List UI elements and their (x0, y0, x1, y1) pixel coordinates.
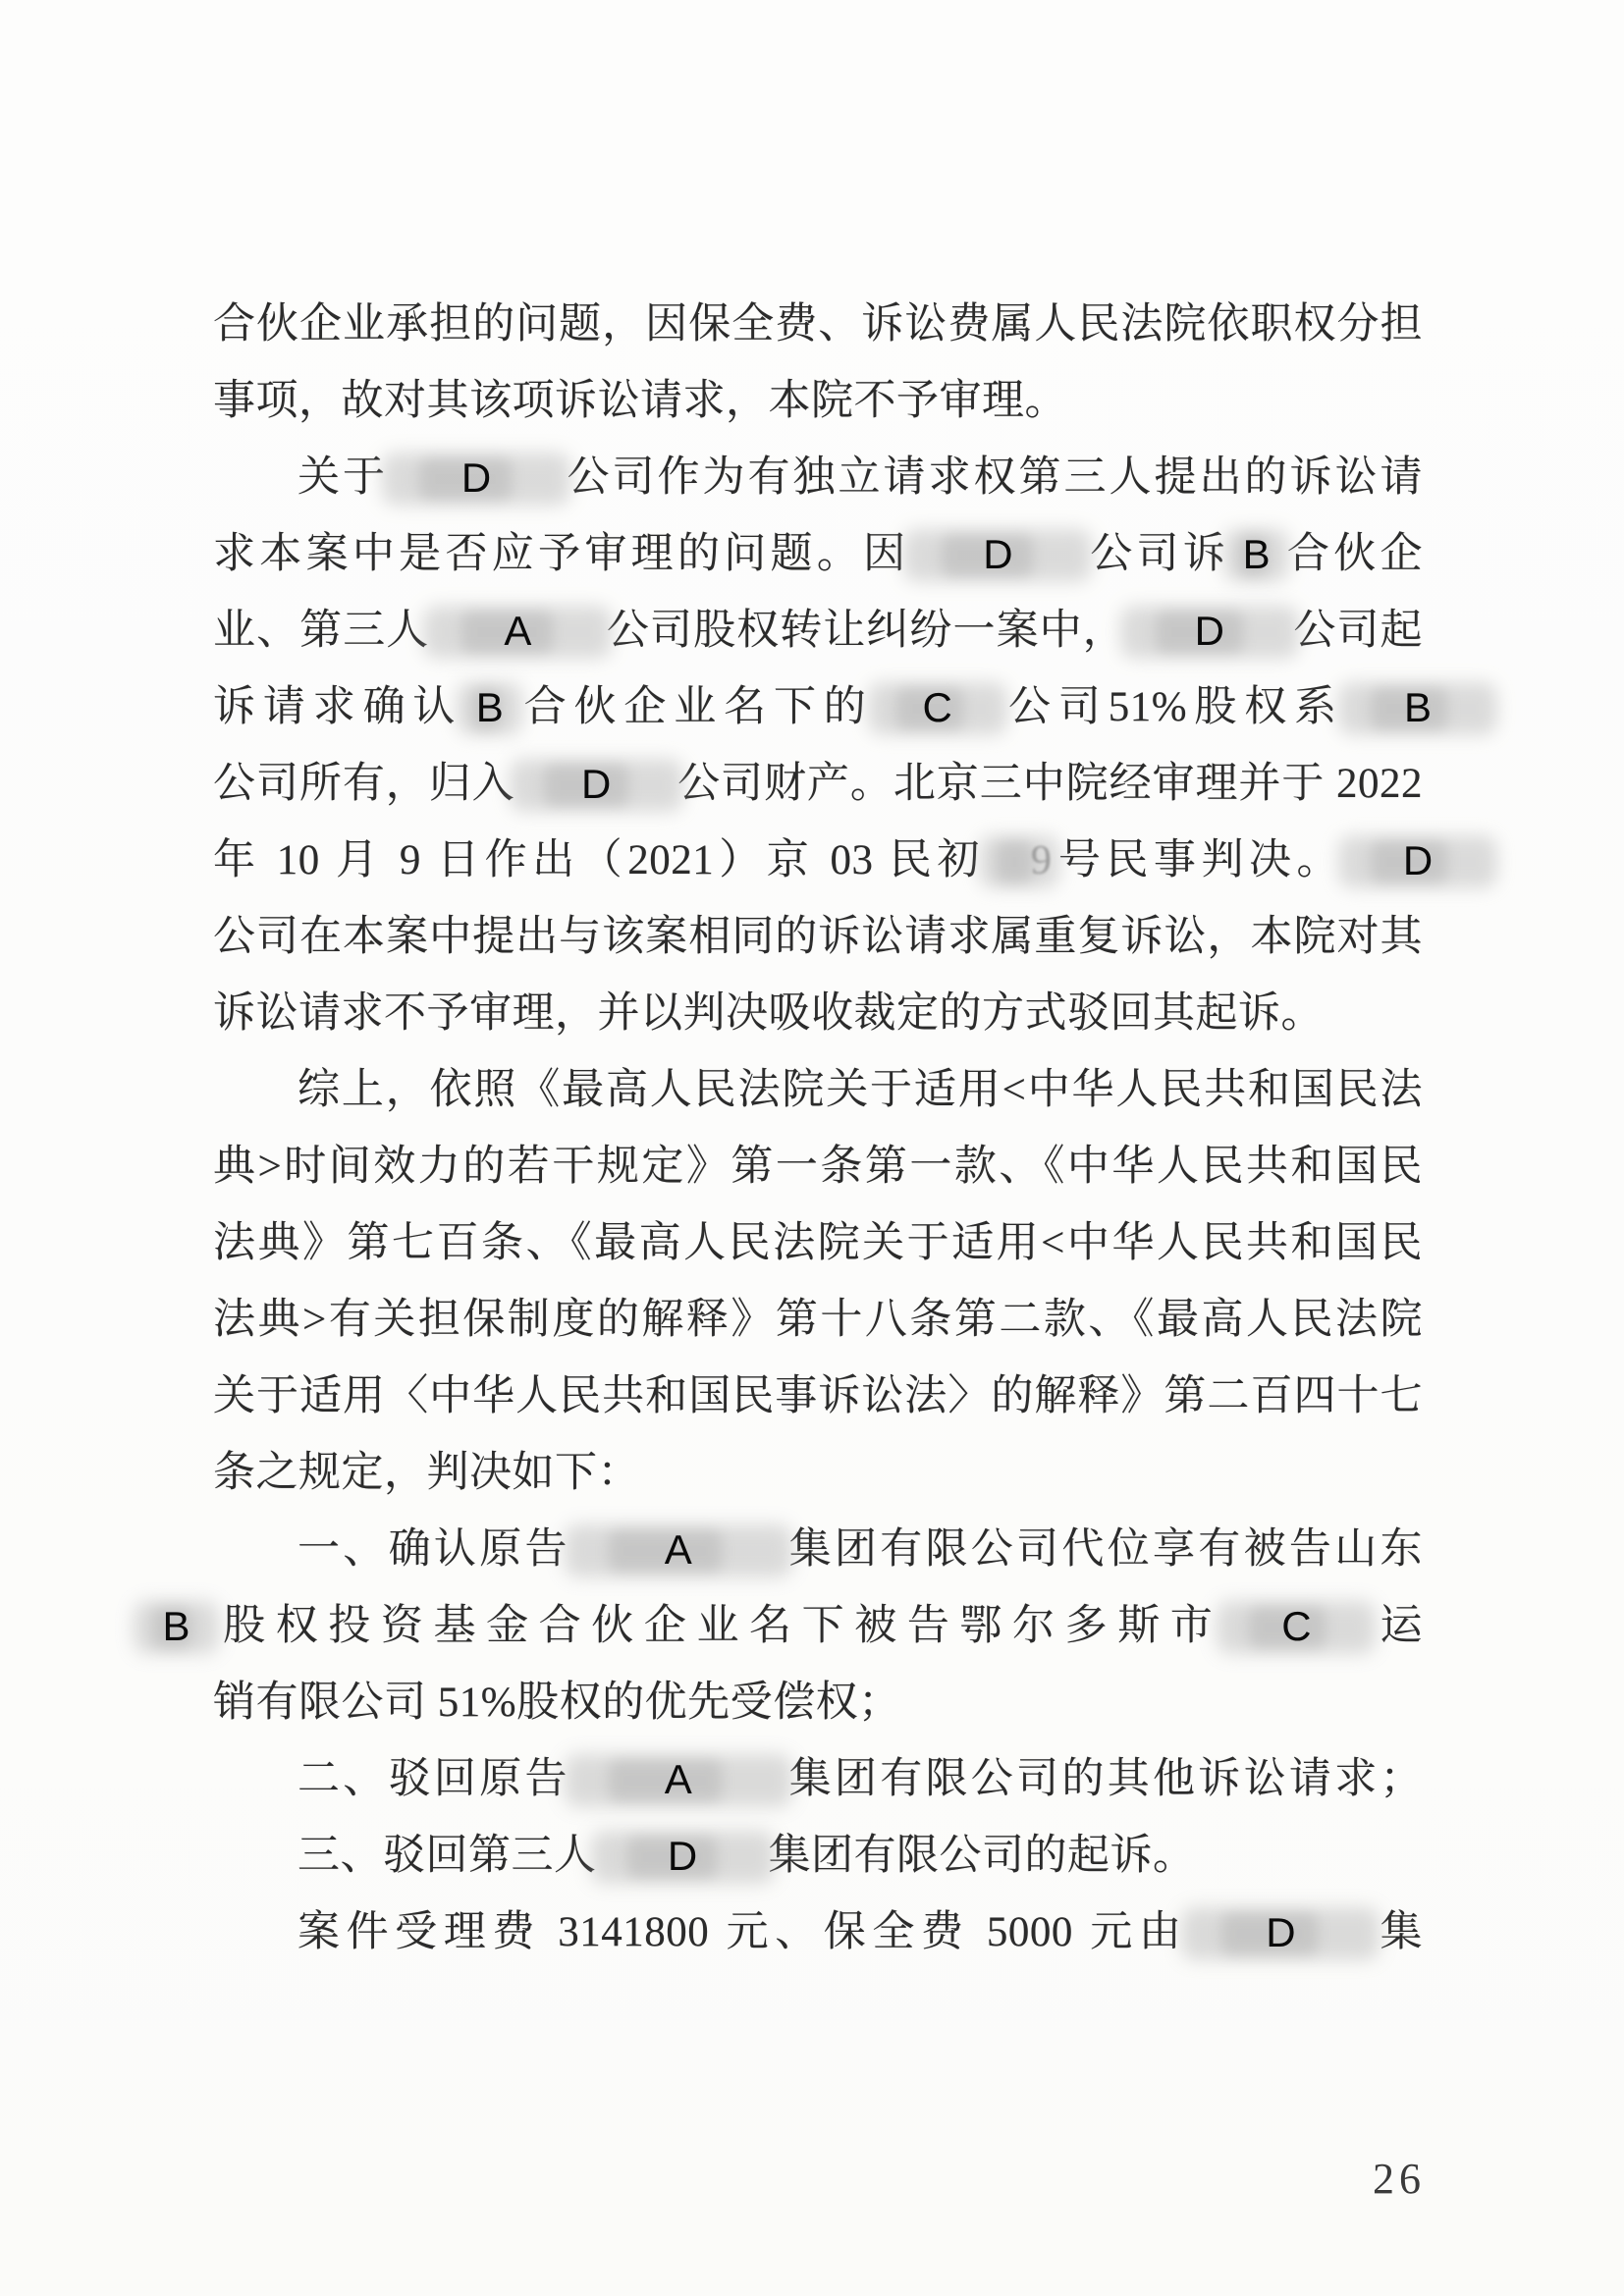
text-run: 综上，依照《最高人民法院关于适用<中华人民共和国民法 (298, 1067, 1423, 1113)
redaction: B (1344, 669, 1491, 746)
text-run: 合伙企业名下的 (516, 684, 873, 730)
text-run: 诉讼请求不予审理，并以判决吸收裁定的方式驳回其起诉。 (213, 990, 1324, 1037)
text-run: 股权投资基金合伙企业名下被告鄂尔多斯市 (213, 1603, 1222, 1649)
redaction: A (570, 1741, 786, 1818)
text-line: 综上，依照《最高人民法院关于适用<中华人民共和国民法 (213, 1052, 1423, 1129)
redaction: D (388, 440, 565, 516)
text-run: 合伙企业承担的问题，因保全费、诉讼费属人民法院依职权分担 (213, 301, 1423, 347)
redaction: D (1126, 593, 1293, 669)
redaction-letter: D (909, 516, 1086, 593)
text-run: 公司起 (1293, 608, 1423, 654)
text-run: 公司财产。北京三中院经审理并于 2022 (677, 761, 1423, 807)
page-number: 26 (1373, 2150, 1426, 2209)
text-run: 集团有限公司的起诉。 (769, 1833, 1196, 1879)
redaction: D (909, 516, 1086, 593)
redaction: A (570, 1512, 786, 1588)
text-line: 求本案中是否应予审理的问题。因D公司诉B合伙企 (213, 516, 1423, 593)
text-run: 公司诉 (1086, 531, 1229, 577)
redaction-letter: A (570, 1512, 786, 1588)
redaction: D (1344, 823, 1491, 899)
redaction-letter: D (597, 1818, 769, 1895)
case-number-ghost: 9 (1031, 823, 1052, 899)
text-run: 典>时间效力的若干规定》第一条第一款、《中华人民共和国民 (213, 1144, 1423, 1190)
redaction-blur (997, 840, 1032, 883)
redaction: B (462, 669, 516, 746)
text-line: 三、驳回第三人D集团有限公司的起诉。 (213, 1818, 1423, 1895)
redaction: 9 (985, 823, 1054, 899)
text-run: 公司作为有独立请求权第三人提出的诉讼请 (565, 454, 1423, 501)
text-run: 事项，故对其该项诉讼请求，本院不予审理。 (213, 378, 1067, 424)
redaction: B (1229, 516, 1283, 593)
text-run: 公司所有，归入 (213, 761, 515, 807)
text-line: 法典》第七百条、《最高人民法院关于适用<中华人民共和国民 (213, 1205, 1423, 1282)
text-run: 公司在本案中提出与该案相同的诉讼请求属重复诉讼，本院对其 (213, 914, 1423, 960)
redaction: B (139, 1588, 213, 1665)
redaction: D (597, 1818, 769, 1895)
document-page: 合伙企业承担的问题，因保全费、诉讼费属人民法院依职权分担事项，故对其该项诉讼请求… (0, 0, 1624, 2296)
text-line: 二、驳回原告A集团有限公司的其他诉讼请求； (213, 1741, 1423, 1818)
text-line: 案件受理费 3141800 元、保全费 5000 元由D集 (213, 1895, 1423, 1971)
redaction-letter: C (1222, 1588, 1370, 1665)
text-run: 关于 (298, 454, 388, 501)
redaction-letter: B (139, 1588, 213, 1665)
redaction-letter: D (1344, 823, 1491, 899)
text-run: 集团有限公司的其他诉讼请求； (786, 1756, 1423, 1802)
redaction-letter: C (874, 669, 1001, 746)
text-line: 关于D公司作为有独立请求权第三人提出的诉讼请 (213, 440, 1423, 516)
redaction-letter: D (1126, 593, 1293, 669)
text-run: 号民事判决。 (1054, 837, 1344, 883)
redaction: C (1222, 1588, 1370, 1665)
text-line: 公司所有，归入D公司财产。北京三中院经审理并于 2022 (213, 746, 1423, 823)
text-line: 典>时间效力的若干规定》第一条第一款、《中华人民共和国民 (213, 1129, 1423, 1205)
redaction-letter: B (1229, 516, 1283, 593)
text-run: 诉请求确认 (213, 684, 462, 730)
text-run: 运 (1370, 1603, 1423, 1649)
redaction-letter: D (388, 440, 565, 516)
text-run: 求本案中是否应予审理的问题。因 (213, 531, 909, 577)
redaction-letter: D (1187, 1895, 1374, 1971)
text-run: 集团有限公司代位享有被告山东 (786, 1526, 1423, 1573)
text-run: 合伙企 (1283, 531, 1423, 577)
text-line: B股权投资基金合伙企业名下被告鄂尔多斯市C运 (213, 1588, 1423, 1665)
text-run: 销有限公司 51%股权的优先受偿权； (213, 1680, 901, 1726)
text-line: 销有限公司 51%股权的优先受偿权； (213, 1665, 1423, 1741)
text-line: 诉请求确认B合伙企业名下的C公司51%股权系B (213, 669, 1423, 746)
redaction-letter: A (570, 1741, 786, 1818)
text-run: 关于适用〈中华人民共和国民事诉讼法〉的解释》第二百四十七 (213, 1373, 1423, 1419)
text-run: 业、第三人 (213, 608, 429, 654)
text-run: 年 10 月 9 日作出（2021）京 03 民初 (213, 837, 985, 883)
text-line: 年 10 月 9 日作出（2021）京 03 民初9号民事判决。D (213, 823, 1423, 899)
text-run: 公司51%股权系 (1001, 684, 1344, 730)
redaction: C (874, 669, 1001, 746)
redaction-letter: B (1344, 669, 1491, 746)
text-run: 案件受理费 3141800 元、保全费 5000 元由 (298, 1909, 1187, 1955)
text-run: 三、驳回第三人 (298, 1833, 597, 1879)
text-run: 法典》第七百条、《最高人民法院关于适用<中华人民共和国民 (213, 1220, 1423, 1266)
text-run: 公司股权转让纠纷一案中， (606, 608, 1125, 654)
judgment-text: 合伙企业承担的问题，因保全费、诉讼费属人民法院依职权分担事项，故对其该项诉讼请求… (213, 287, 1423, 1971)
text-line: 公司在本案中提出与该案相同的诉讼请求属重复诉讼，本院对其 (213, 899, 1423, 976)
text-run: 集 (1374, 1909, 1423, 1955)
text-line: 一、确认原告A集团有限公司代位享有被告山东 (213, 1512, 1423, 1588)
redaction: D (1187, 1895, 1374, 1971)
redaction: A (429, 593, 606, 669)
text-line: 合伙企业承担的问题，因保全费、诉讼费属人民法院依职权分担 (213, 287, 1423, 363)
redaction-letter: A (429, 593, 606, 669)
redaction-letter: B (462, 669, 516, 746)
text-line: 事项，故对其该项诉讼请求，本院不予审理。 (213, 363, 1423, 440)
text-run: 二、驳回原告 (298, 1756, 570, 1802)
text-run: 法典>有关担保制度的解释》第十八条第二款、《最高人民法院 (213, 1297, 1423, 1343)
text-run: 条之规定，判决如下： (213, 1450, 640, 1496)
text-run: 一、确认原告 (298, 1526, 570, 1573)
text-line: 诉讼请求不予审理，并以判决吸收裁定的方式驳回其起诉。 (213, 976, 1423, 1052)
text-line: 关于适用〈中华人民共和国民事诉讼法〉的解释》第二百四十七 (213, 1359, 1423, 1435)
text-line: 业、第三人A公司股权转让纠纷一案中，D公司起 (213, 593, 1423, 669)
redaction: D (515, 746, 677, 823)
text-line: 条之规定，判决如下： (213, 1435, 1423, 1512)
text-line: 法典>有关担保制度的解释》第十八条第二款、《最高人民法院 (213, 1282, 1423, 1359)
redaction-letter: D (515, 746, 677, 823)
